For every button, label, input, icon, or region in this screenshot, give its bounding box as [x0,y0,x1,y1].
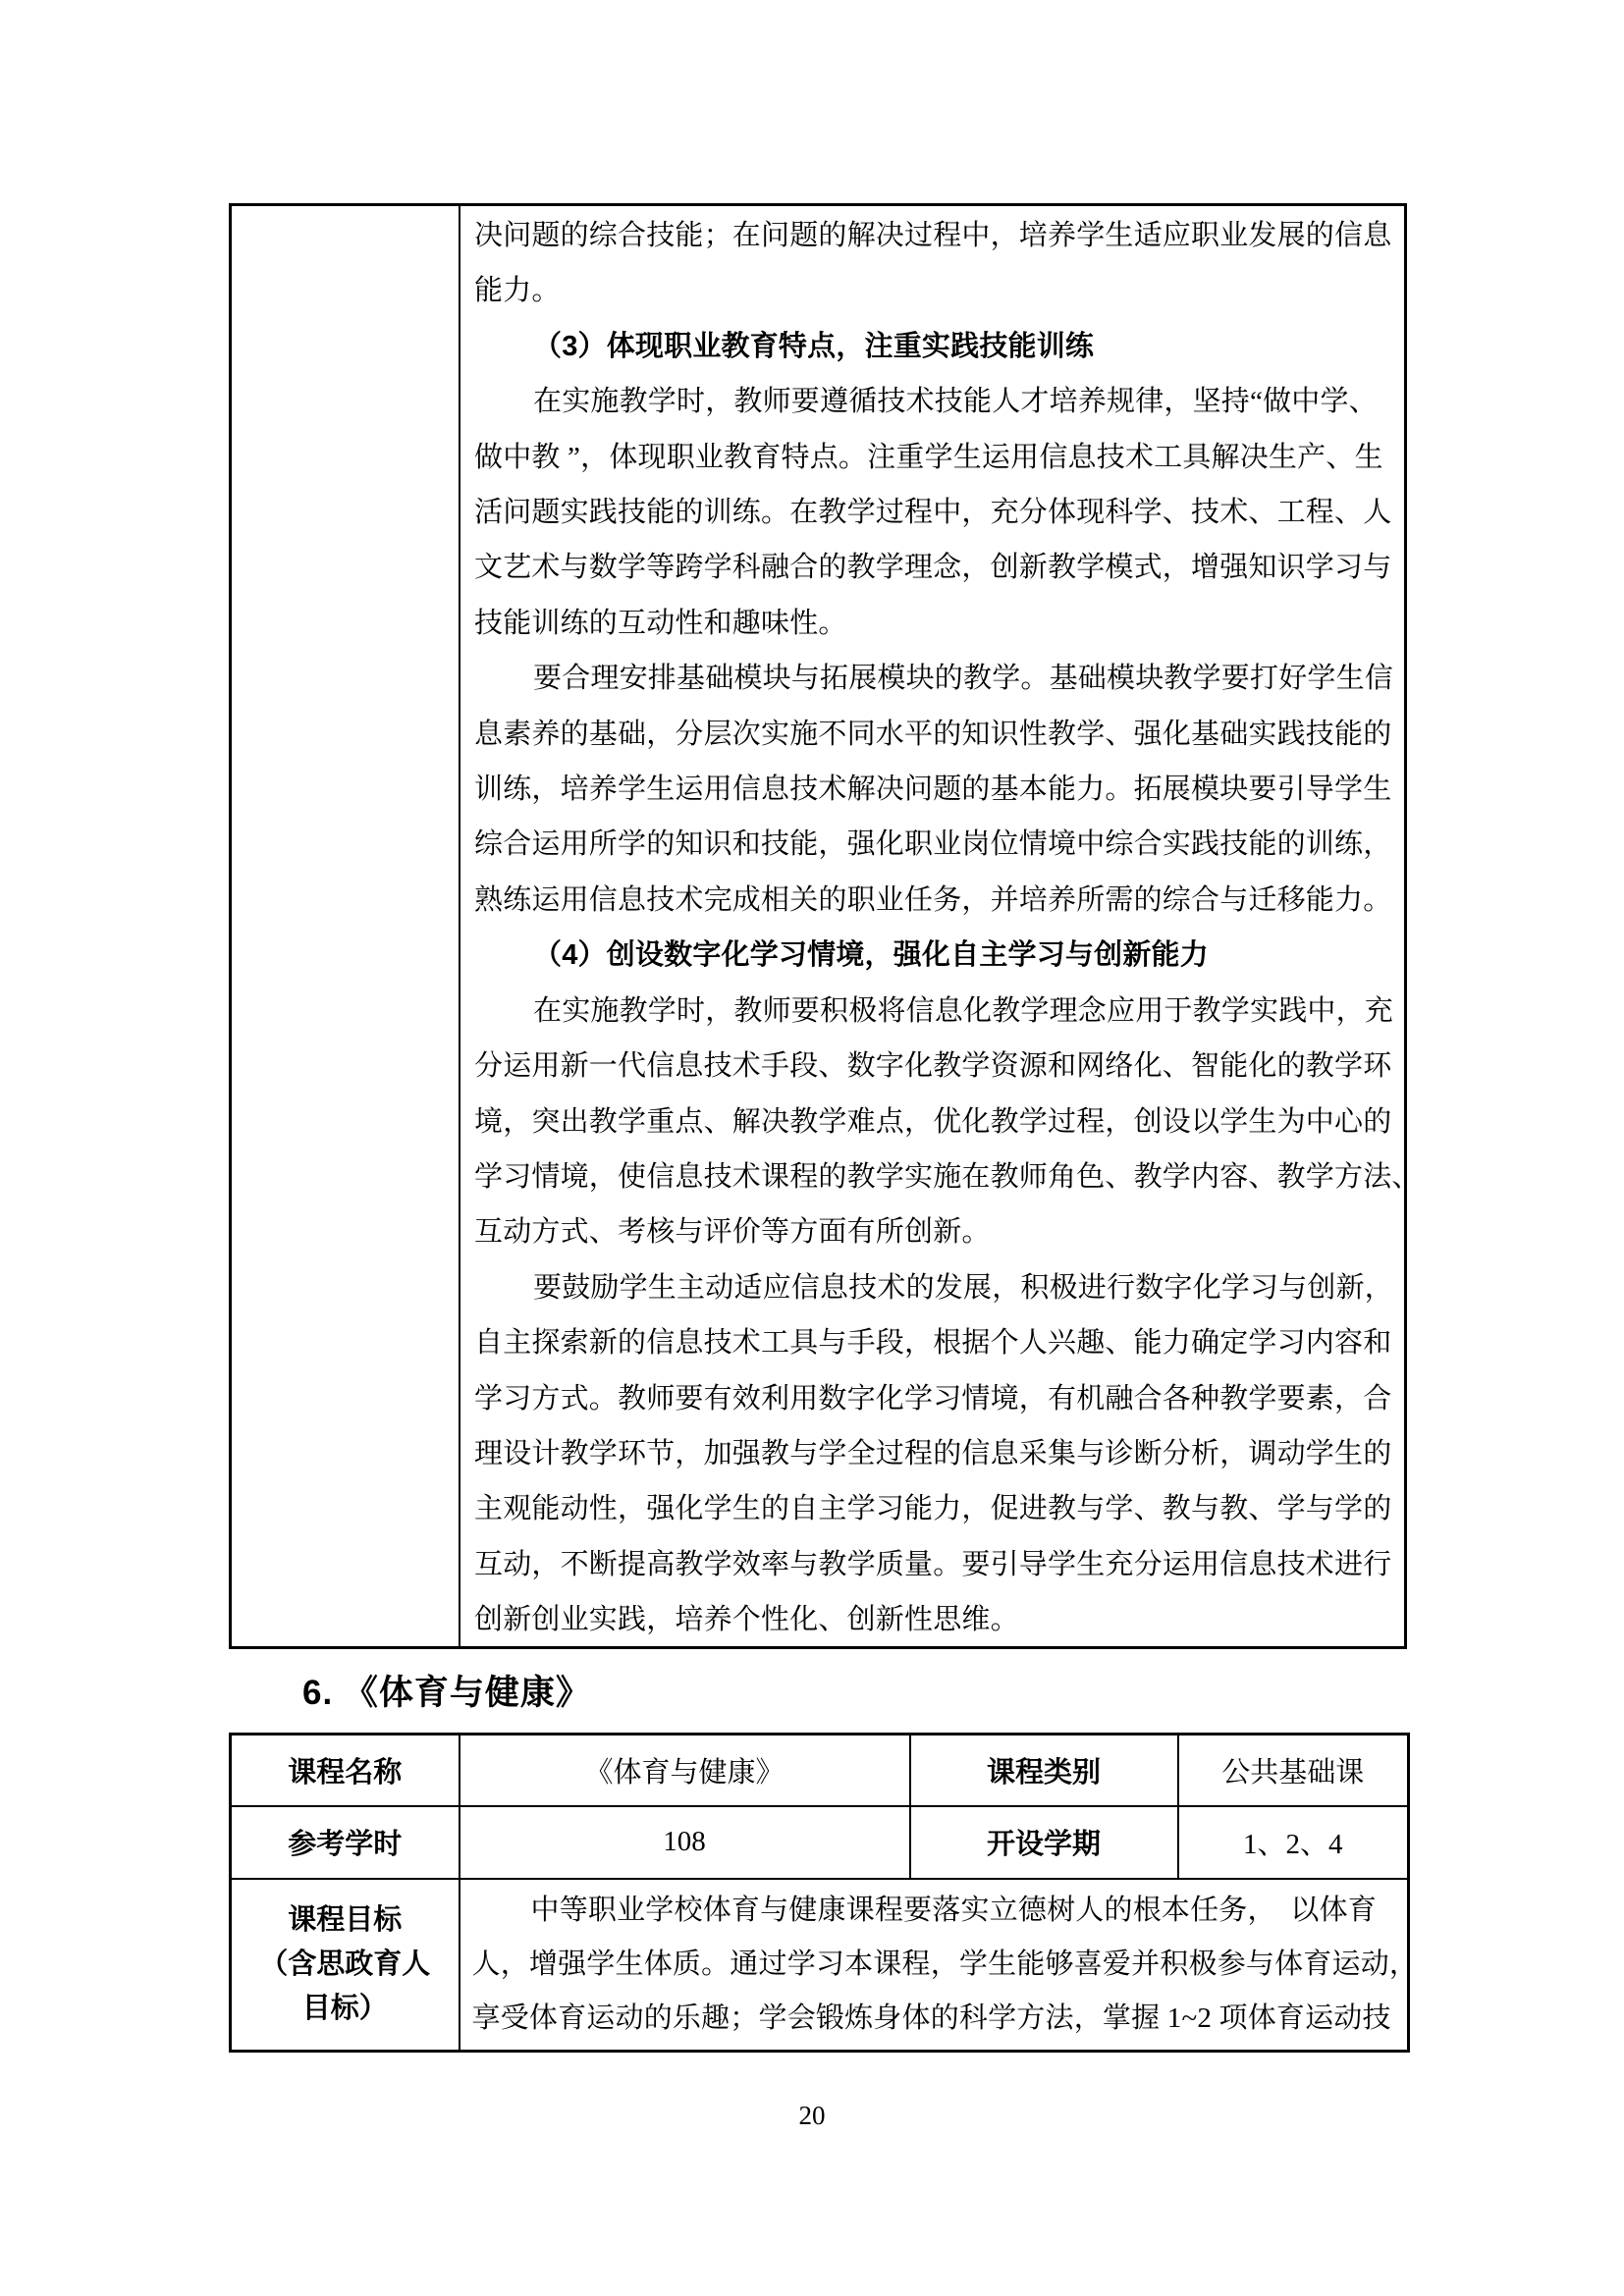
body-text-line: 理设计教学环节，加强教与学全过程的信息采集与诊断分析，调动学生的 [474,1426,1396,1481]
semester-label: 开设学期 [910,1806,1178,1879]
body-text-line: 互动方式、考核与评价等方面有所创新。 [474,1204,1396,1259]
body-text-line: 决问题的综合技能；在问题的解决过程中，培养学生适应职业发展的信息 [474,208,1396,263]
body-text-line: 要合理安排基础模块与拓展模块的教学。基础模块教学要打好学生信 [474,651,1396,706]
course-info-table: 课程名称 《体育与健康》 课程类别 公共基础课 参考学时 108 开设学期 1、… [229,1733,1410,2053]
body-text-line: 境，突出教学重点、解决教学难点，优化教学过程，创设以学生为中心的 [474,1095,1396,1149]
body-text-line: 训练，培养学生运用信息技术解决问题的基本能力。拓展模块要引导学生 [474,762,1396,817]
semester-value: 1、2、4 [1178,1806,1409,1879]
body-text-line: 创新创业实践，培养个性化、创新性思维。 [474,1592,1396,1646]
course-type-label: 课程类别 [910,1735,1178,1806]
body-text-line: 主观能动性，强化学生的自主学习能力，促进教与学、教与教、学与学的 [474,1481,1396,1536]
body-text-line: 文艺术与数学等跨学科融合的教学理念，创新教学模式，增强知识学习与 [474,540,1396,595]
body-text-line: 要鼓励学生主动适应信息技术的发展，积极进行数字化学习与创新， [474,1260,1396,1315]
body-text-line: 学习情境，使信息技术课程的教学实施在教师角色、教学内容、教学方法、 [474,1149,1396,1204]
hours-label: 参考学时 [231,1806,460,1879]
document-page: 决问题的综合技能；在问题的解决过程中，培养学生适应职业发展的信息能力。（3）体现… [0,0,1624,2296]
goal-text-line: 享受体育运动的乐趣；学会锻炼身体的科学方法，掌握 1~2 项体育运动技 [472,1992,1400,2046]
body-text-line: 学习方式。教师要有效利用数字化学习情境，有机融合各种教学要素，合 [474,1371,1396,1426]
body-text-line: 分运用新一代信息技术手段、数字化教学资源和网络化、智能化的教学环 [474,1039,1396,1094]
course-type-value: 公共基础课 [1178,1735,1409,1806]
body-text-line: 技能训练的互动性和趣味性。 [474,596,1396,651]
body-text-line: 做中教 ”，体现职业教育特点。注重学生运用信息技术工具解决生产、生 [474,430,1396,485]
table-row: 课程目标 （含思政育人 目标） 中等职业学校体育与健康课程要落实立德树人的根本任… [231,1879,1409,2052]
table-row: 参考学时 108 开设学期 1、2、4 [231,1806,1409,1879]
page-number: 20 [0,2101,1624,2131]
body-text-line: （3）体现职业教育特点，注重实践技能训练 [474,319,1396,374]
body-text-line: 在实施教学时，教师要遵循技术技能人才培养规律，坚持“做中学、 [474,374,1396,429]
body-text-line: 息素养的基础，分层次实施不同水平的知识性教学、强化基础实践技能的 [474,707,1396,762]
body-text-line: 能力。 [474,263,1396,318]
goal-text-line: 中等职业学校体育与健康课程要落实立德树人的根本任务， 以体育 [472,1884,1400,1938]
course-goal-text-cell: 中等职业学校体育与健康课程要落实立德树人的根本任务， 以体育人，增强学生体质。通… [460,1879,1409,2052]
body-text-line: 在实施教学时，教师要积极将信息化教学理念应用于教学实践中，充 [474,984,1396,1039]
table-left-empty-cell [232,206,460,1646]
goal-text-line: 人，增强学生体质。通过学习本课程，学生能够喜爱并积极参与体育运动， [472,1938,1400,1992]
body-text-line: 熟练运用信息技术完成相关的职业任务，并培养所需的综合与迁移能力。 [474,873,1396,928]
body-text-line: 自主探索新的信息技术工具与手段，根据个人兴趣、能力确定学习内容和 [474,1315,1396,1370]
table-row: 课程名称 《体育与健康》 课程类别 公共基础课 [231,1735,1409,1806]
table-text-cell: 决问题的综合技能；在问题的解决过程中，培养学生适应职业发展的信息能力。（3）体现… [460,206,1404,1646]
body-text-line: 综合运用所学的知识和技能，强化职业岗位情境中综合实践技能的训练， [474,817,1396,872]
hours-value: 108 [460,1806,910,1879]
continuation-table: 决问题的综合技能；在问题的解决过程中，培养学生适应职业发展的信息能力。（3）体现… [229,203,1407,1649]
section-heading: 6. 《体育与健康》 [302,1666,591,1715]
body-text-line: 互动，不断提高教学效率与教学质量。要引导学生充分运用信息技术进行 [474,1537,1396,1592]
course-goal-label: 课程目标 （含思政育人 目标） [231,1879,460,2052]
body-text-line: （4）创设数字化学习情境，强化自主学习与创新能力 [474,928,1396,983]
body-text-line: 活问题实践技能的训练。在教学过程中，充分体现科学、技术、工程、人 [474,485,1396,540]
course-name-label: 课程名称 [231,1735,460,1806]
course-name-value: 《体育与健康》 [460,1735,910,1806]
